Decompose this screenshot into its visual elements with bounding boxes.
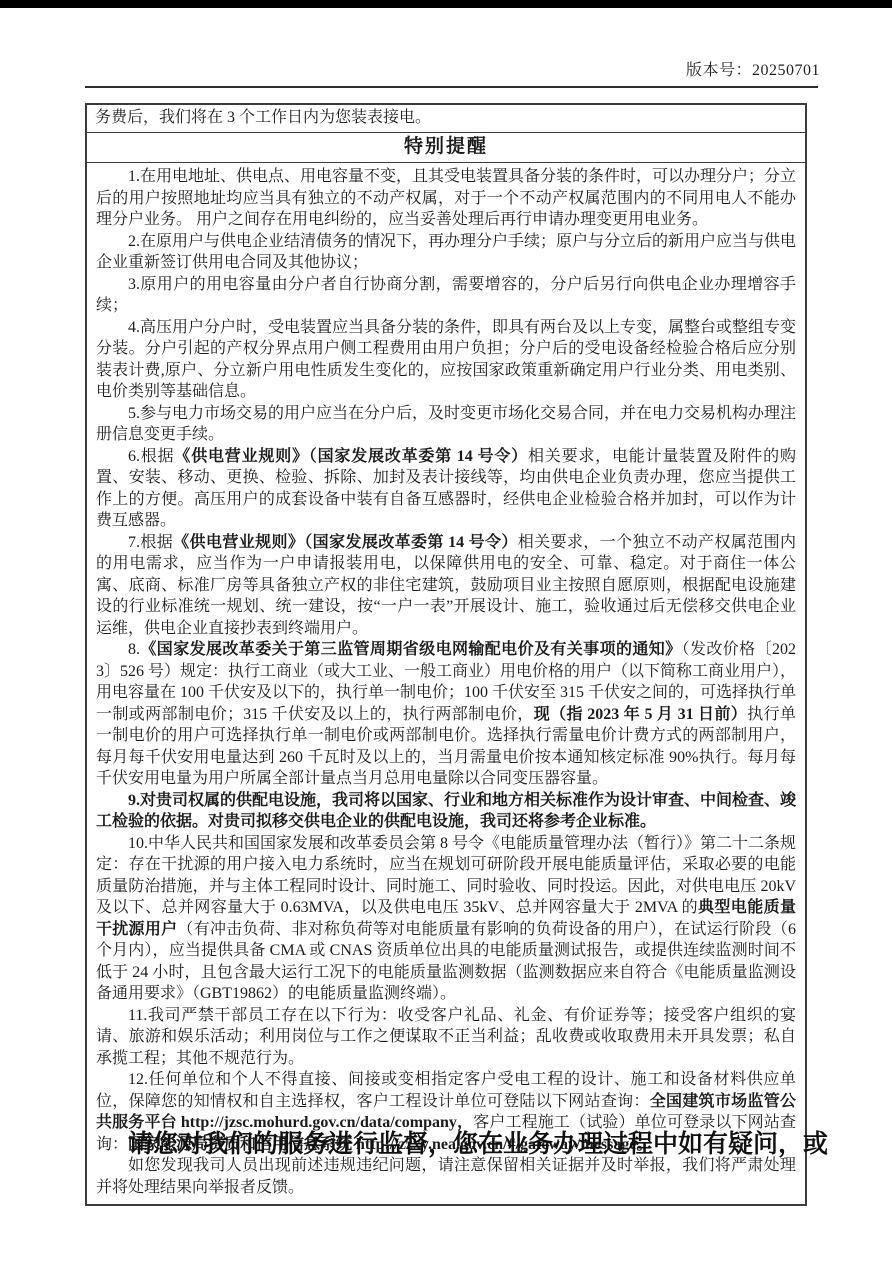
text-run: （有冲击负荷、非对称负荷等对电能质量有影响的负荷设备的用户），在试运行阶段（6 … xyxy=(96,921,796,1003)
notice-paragraph: 3.原用户的用电容量由分户者自行协商分割，需要增容的，分户后另行向供电企业办理增… xyxy=(96,274,796,317)
text-run: 8. xyxy=(128,641,140,658)
notice-paragraph: 6.根据《供电营业规则》（国家发展改革委第 14 号令）相关要求，电能计量装置及… xyxy=(96,446,796,532)
text-run: 5.参与电力市场交易的用户应当在分户后，及时变更市场化交易合同，并在电力交易机构… xyxy=(96,405,796,444)
text-run: 11.我司严禁干部员工存在以下行为：收受客户礼品、礼金、有价证券等；接受客户组织… xyxy=(96,1007,796,1067)
text-run: 2.在原用户与供电企业结清债务的情况下，再办理分户手续；原户与分立后的新用户应当… xyxy=(96,233,796,272)
text-run: 1.在用电地址、供电点、用电容量不变，且其受电装置具备分装的条件时，可以办理分户… xyxy=(96,168,796,228)
notice-paragraph: 4.高压用户分户时，受电装置应当具备分装的条件，即具有两台及以上专变，属整台或整… xyxy=(96,317,796,403)
notice-paragraphs: 1.在用电地址、供电点、用电容量不变，且其受电装置具备分装的条件时，可以办理分户… xyxy=(87,163,805,1204)
notice-paragraph: 7.根据《供电营业规则》（国家发展改革委第 14 号令）相关要求，一个独立不动产… xyxy=(96,532,796,640)
special-reminder-title: 特别提醒 xyxy=(87,133,805,163)
emphasis-run: 《供电营业规则》（国家发展改革委第 14 号令） xyxy=(174,448,528,465)
notice-paragraph: 1.在用电地址、供电点、用电容量不变，且其受电装置具备分装的条件时，可以办理分户… xyxy=(96,166,796,231)
text-run: 3.原用户的用电容量由分户者自行协商分割，需要增容的，分户后另行向供电企业办理增… xyxy=(96,276,796,315)
text-run: 4.高压用户分户时，受电装置应当具备分装的条件，即具有两台及以上专变，属整台或整… xyxy=(96,319,796,401)
emphasis-run: 《国家发展改革委关于第三监管周期省级电网输配电价及有关事项的通知》 xyxy=(140,641,682,658)
emphasis-run: 现（指 2023 年 5 月 31 日前） xyxy=(534,706,747,723)
emphasis-run: 《供电营业规则》（国家发展改革委第 14 号令） xyxy=(173,534,518,551)
text-run: 如您发现我司人员出现前述违规违纪问题，请注意保留相关证据并及时举报，我们将严肃处… xyxy=(96,1157,796,1196)
version-label: 版本号：20250701 xyxy=(686,57,820,80)
page-top-edge xyxy=(0,0,892,8)
notice-paragraph: 9.对贵司权属的供配电设施，我司将以国家、行业和地方相关标准作为设计审查、中间检… xyxy=(96,790,796,833)
text-run: 10.中华人民共和国国家发展和改革委员会第 8 号令《电能质量管理办法（暂行）》… xyxy=(96,835,796,917)
emphasis-run: 9.对贵司权属的供配电设施，我司将以国家、行业和地方相关标准作为设计审查、中间检… xyxy=(96,792,796,831)
supervision-footer-text: 请您对我们的服务进行监督，您在业务办理过程中如有疑问，或 xyxy=(85,1128,847,1162)
notice-table: 务费后，我们将在 3 个工作日内为您装表接电。 特别提醒 1.在用电地址、供电点… xyxy=(85,103,807,1206)
header-rule xyxy=(85,86,818,88)
text-run: 7.根据 xyxy=(128,534,173,551)
notice-paragraph: 5.参与电力市场交易的用户应当在分户后，及时变更市场化交易合同，并在电力交易机构… xyxy=(96,403,796,446)
text-run: 6.根据 xyxy=(128,448,174,465)
carryover-text: 务费后，我们将在 3 个工作日内为您装表接电。 xyxy=(87,105,805,133)
notice-paragraph: 10.中华人民共和国国家发展和改革委员会第 8 号令《电能质量管理办法（暂行）》… xyxy=(96,833,796,1005)
notice-paragraph: 8.《国家发展改革委关于第三监管周期省级电网输配电价及有关事项的通知》（发改价格… xyxy=(96,639,796,790)
notice-paragraph: 2.在原用户与供电企业结清债务的情况下，再办理分户手续；原户与分立后的新用户应当… xyxy=(96,231,796,274)
notice-paragraph: 11.我司严禁干部员工存在以下行为：收受客户礼品、礼金、有价证券等；接受客户组织… xyxy=(96,1005,796,1070)
